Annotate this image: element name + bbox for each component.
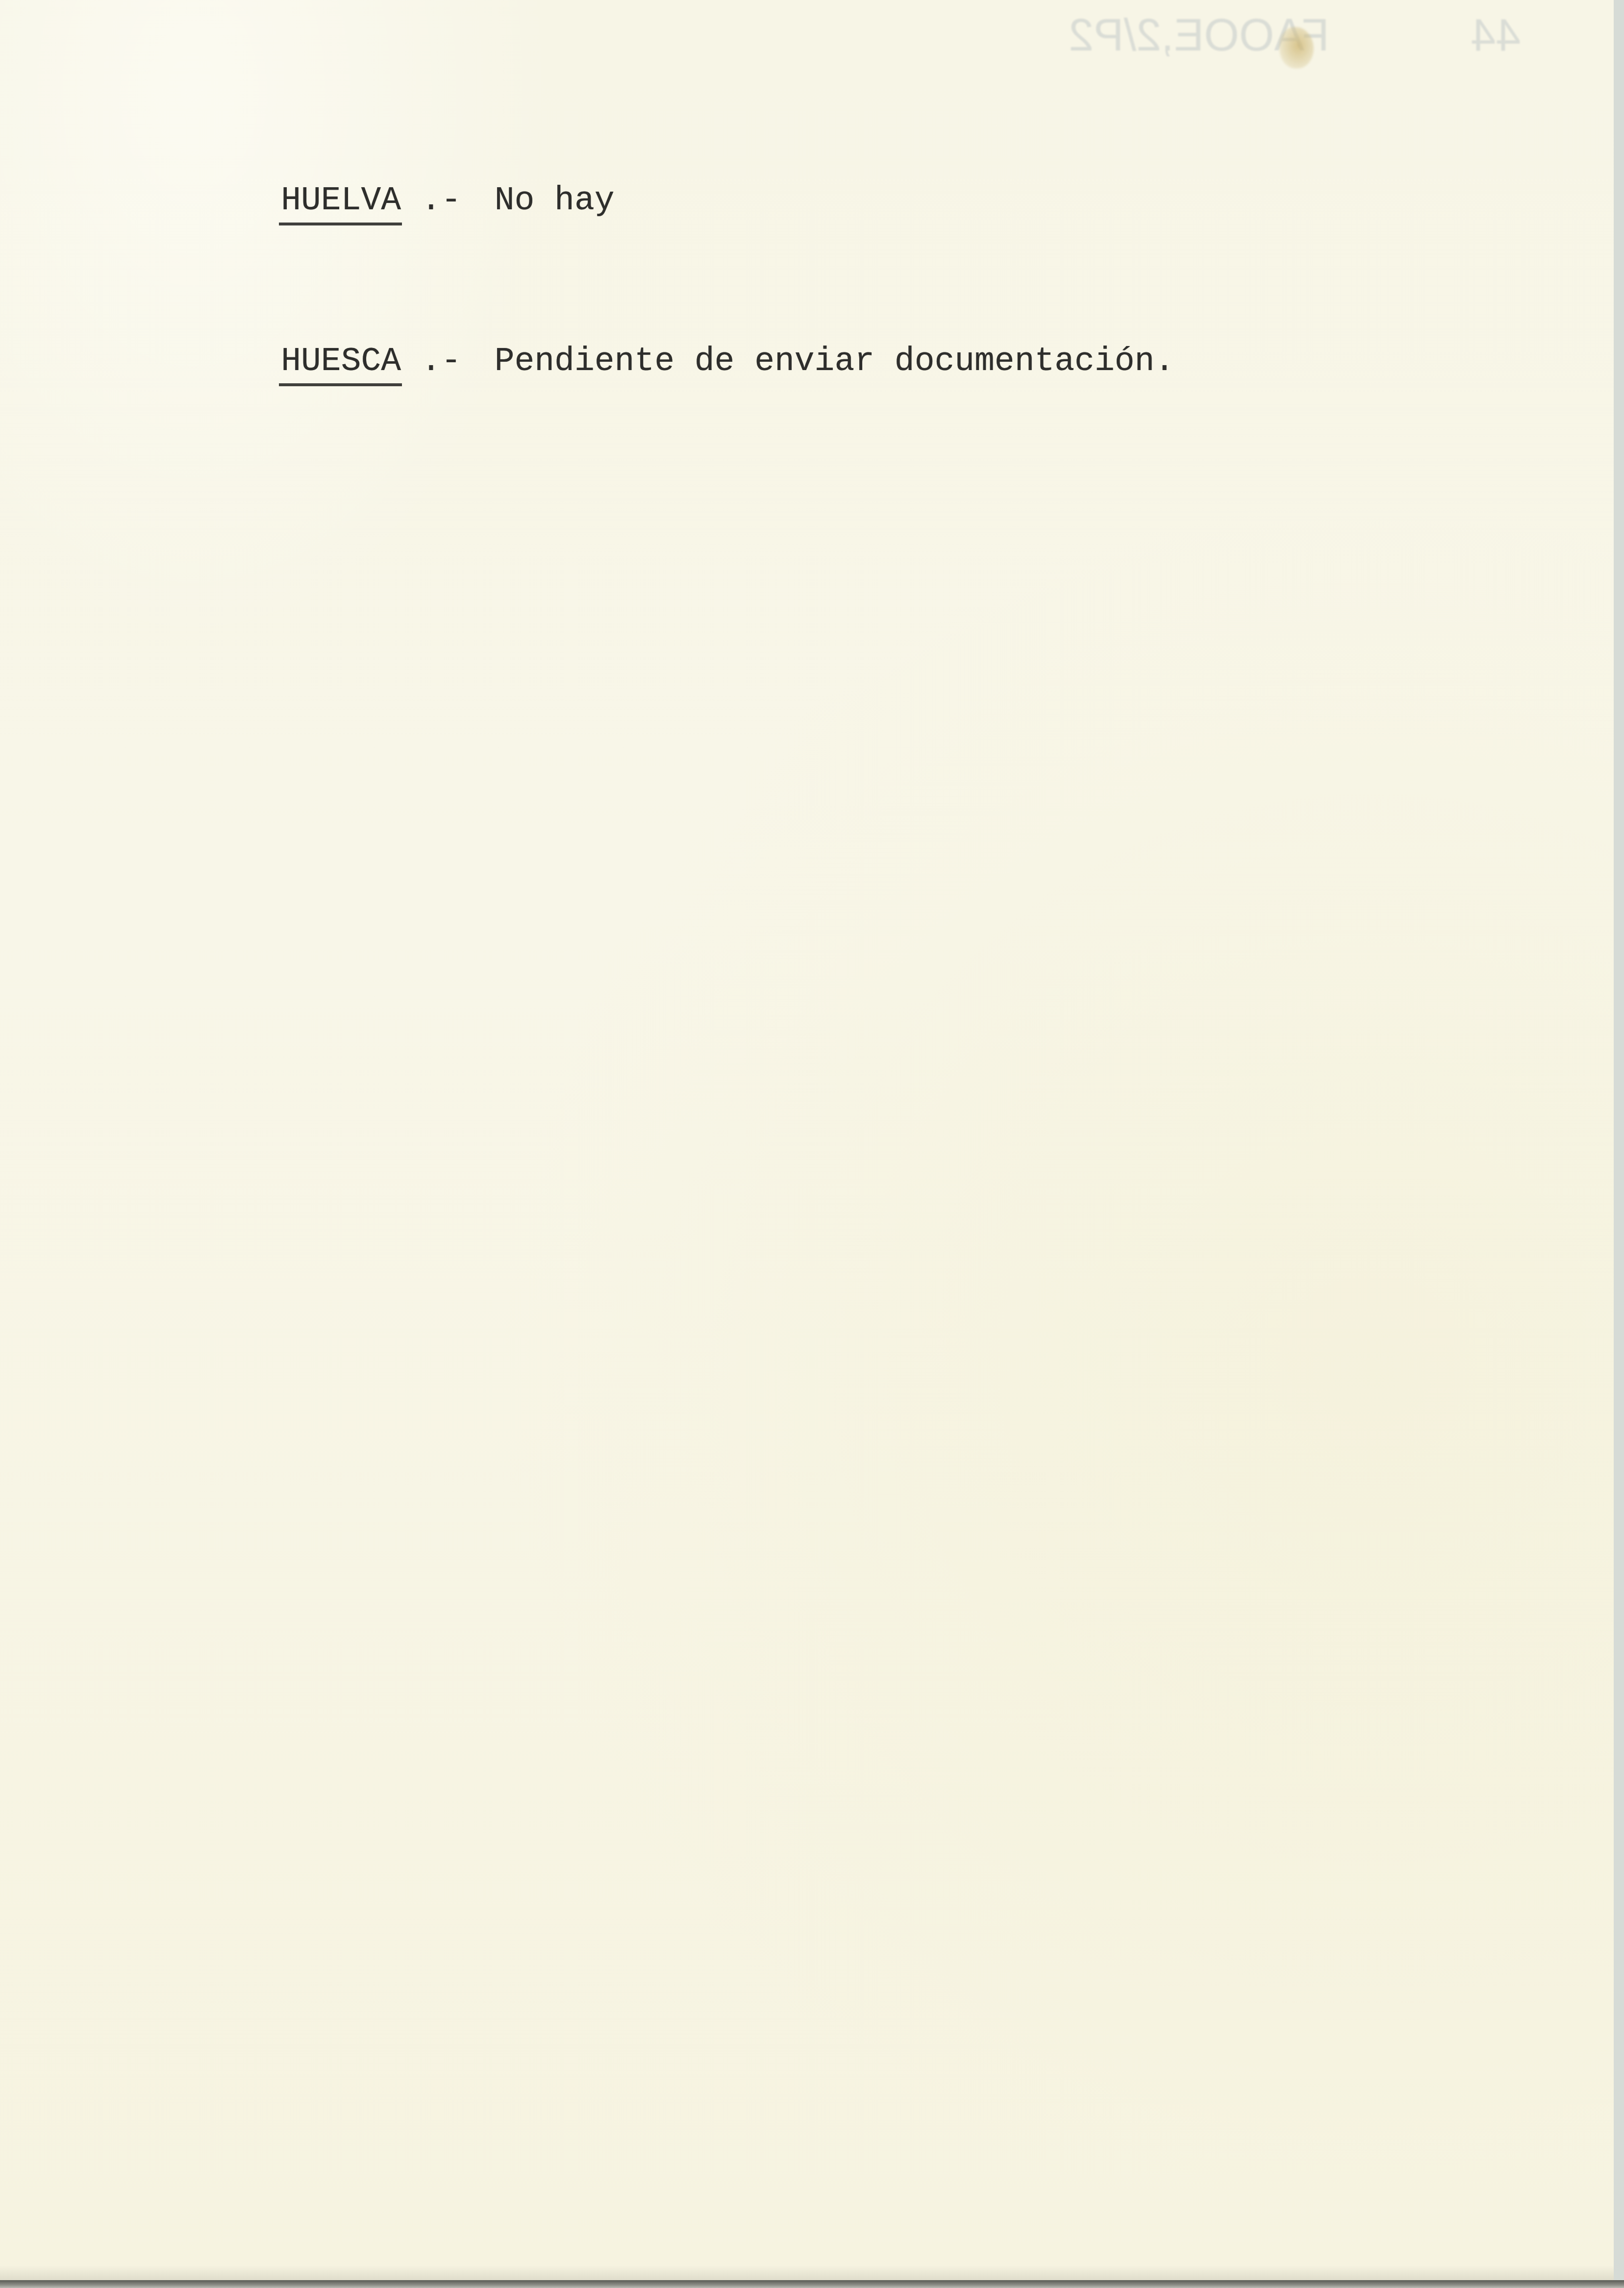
scan-border-right — [1614, 0, 1624, 2288]
entry-separator: .- — [421, 184, 461, 218]
paper-stain — [1279, 27, 1314, 69]
entry-separator: .- — [421, 345, 461, 378]
entry-huesca: HUESCA.-Pendiente de enviar documentació… — [201, 312, 1174, 412]
province-heading: HUELVA — [281, 184, 401, 218]
province-heading: HUESCA — [281, 345, 401, 378]
document-page: FAOOE,2/P2 44 HUELVA.-No hay HUESCA.-Pen… — [0, 0, 1614, 2280]
pencil-page-number-annotation: 44 — [1471, 10, 1521, 61]
entry-status: Pendiente de enviar documentación. — [495, 345, 1174, 378]
entry-status: No hay — [495, 184, 615, 218]
entry-huelva: HUELVA.-No hay — [201, 151, 615, 251]
scan-border-bottom — [0, 2280, 1624, 2288]
